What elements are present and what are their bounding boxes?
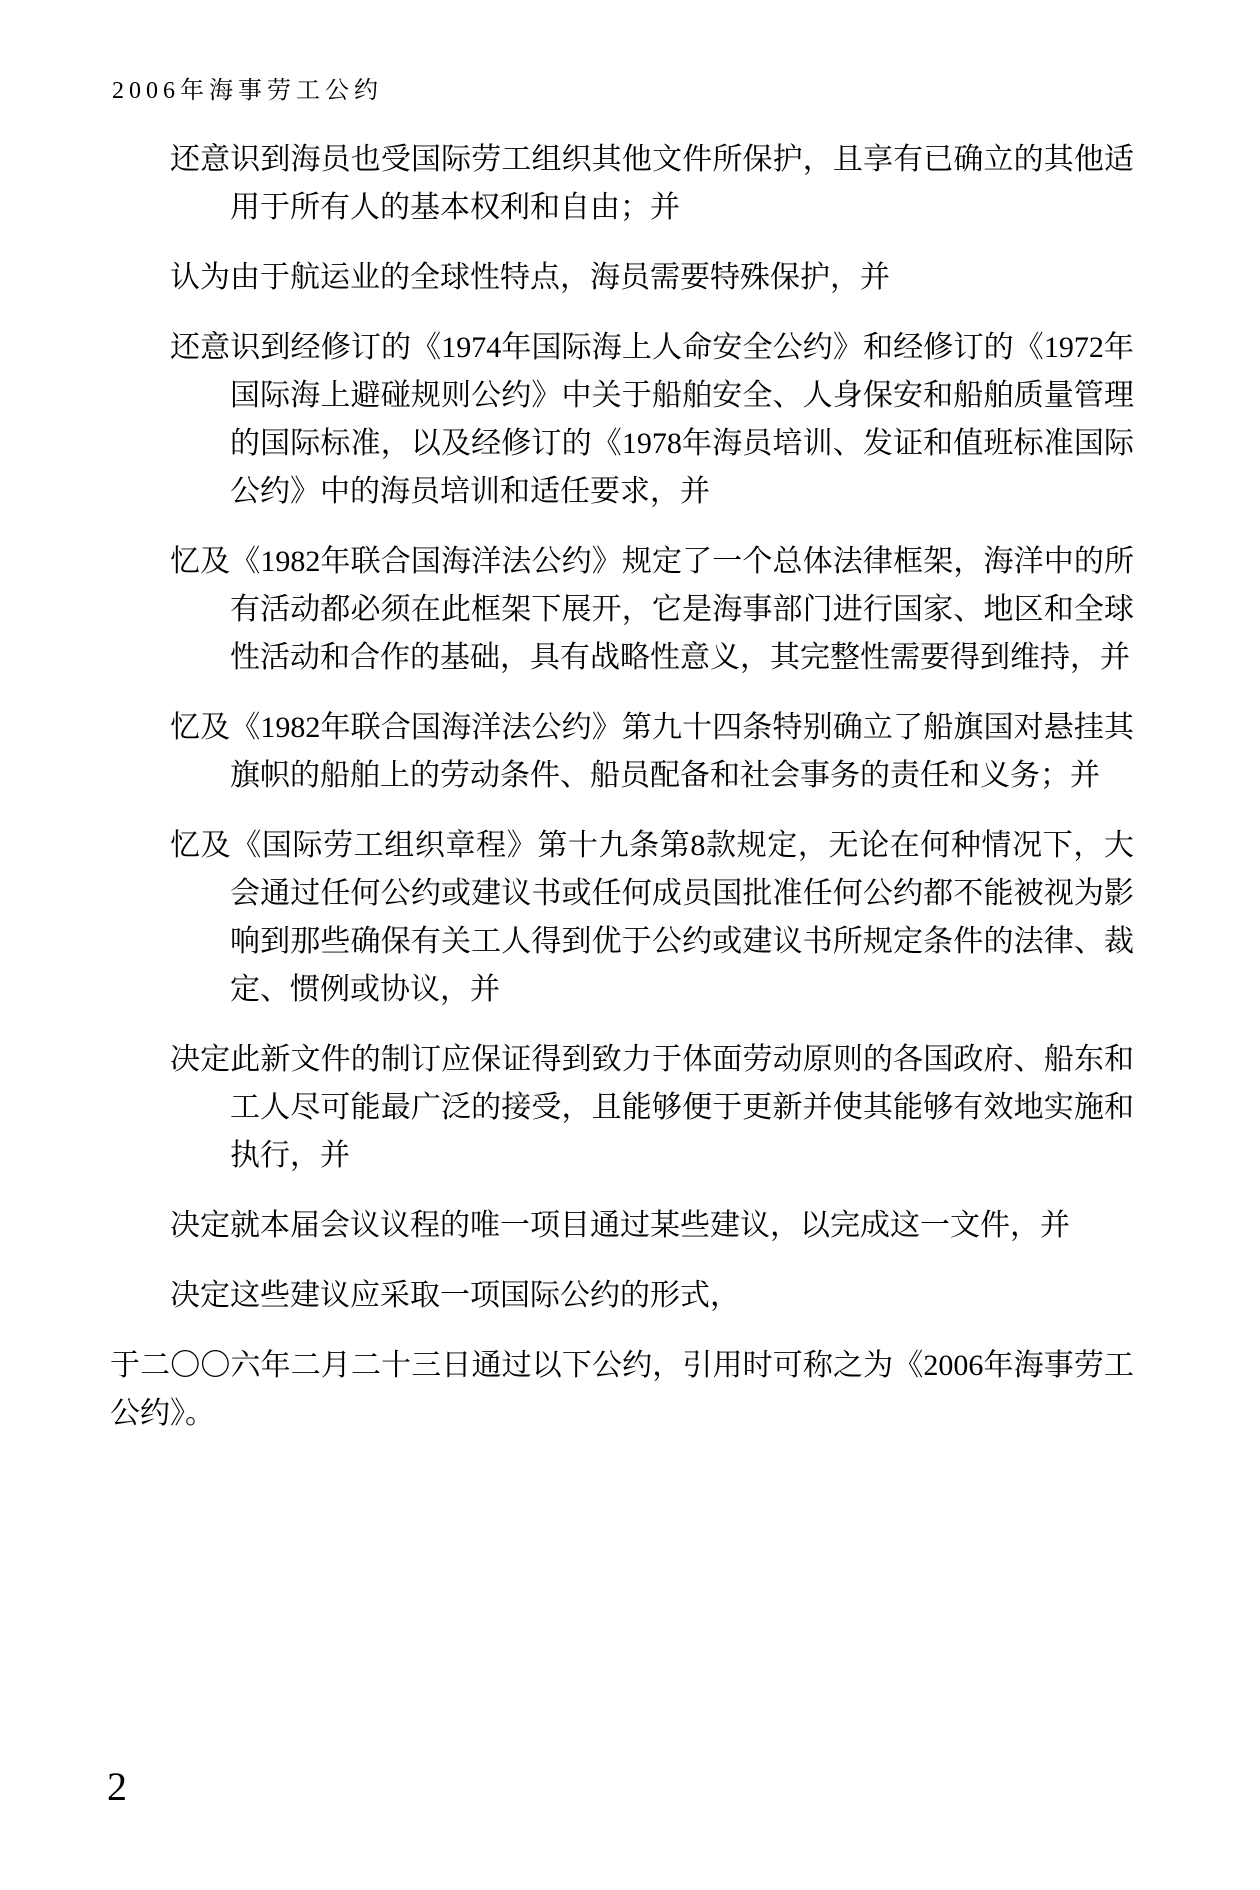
document-body: 还意识到海员也受国际劳工组织其他文件所保护，且享有已确立的其他适用于所有人的基本… [110,136,1134,1460]
paragraph-adoption-clause: 于二〇〇六年二月二十三日通过以下公约，引用时可称之为《2006年海事劳工公约》。 [110,1342,1134,1438]
document-page: 2006年海事劳工公约 还意识到海员也受国际劳工组织其他文件所保护，且享有已确立… [0,0,1260,1890]
paragraph: 决定此新文件的制订应保证得到致力于体面劳动原则的各国政府、船东和工人尽可能最广泛… [110,1036,1134,1180]
paragraph: 决定就本届会议议程的唯一项目通过某些建议，以完成这一文件，并 [110,1202,1134,1250]
paragraph: 决定这些建议应采取一项国际公约的形式， [110,1272,1134,1320]
running-header: 2006年海事劳工公约 [112,76,383,106]
page-number: 2 [107,1763,127,1811]
paragraph: 还意识到经修订的《1974年国际海上人命安全公约》和经修订的《1972年国际海上… [110,324,1134,516]
paragraph: 认为由于航运业的全球性特点，海员需要特殊保护，并 [110,254,1134,302]
paragraph: 还意识到海员也受国际劳工组织其他文件所保护，且享有已确立的其他适用于所有人的基本… [110,136,1134,232]
paragraph: 忆及《国际劳工组织章程》第十九条第8款规定，无论在何种情况下，大会通过任何公约或… [110,822,1134,1014]
paragraph: 忆及《1982年联合国海洋法公约》规定了一个总体法律框架，海洋中的所有活动都必须… [110,538,1134,682]
paragraph: 忆及《1982年联合国海洋法公约》第九十四条特别确立了船旗国对悬挂其旗帜的船舶上… [110,704,1134,800]
